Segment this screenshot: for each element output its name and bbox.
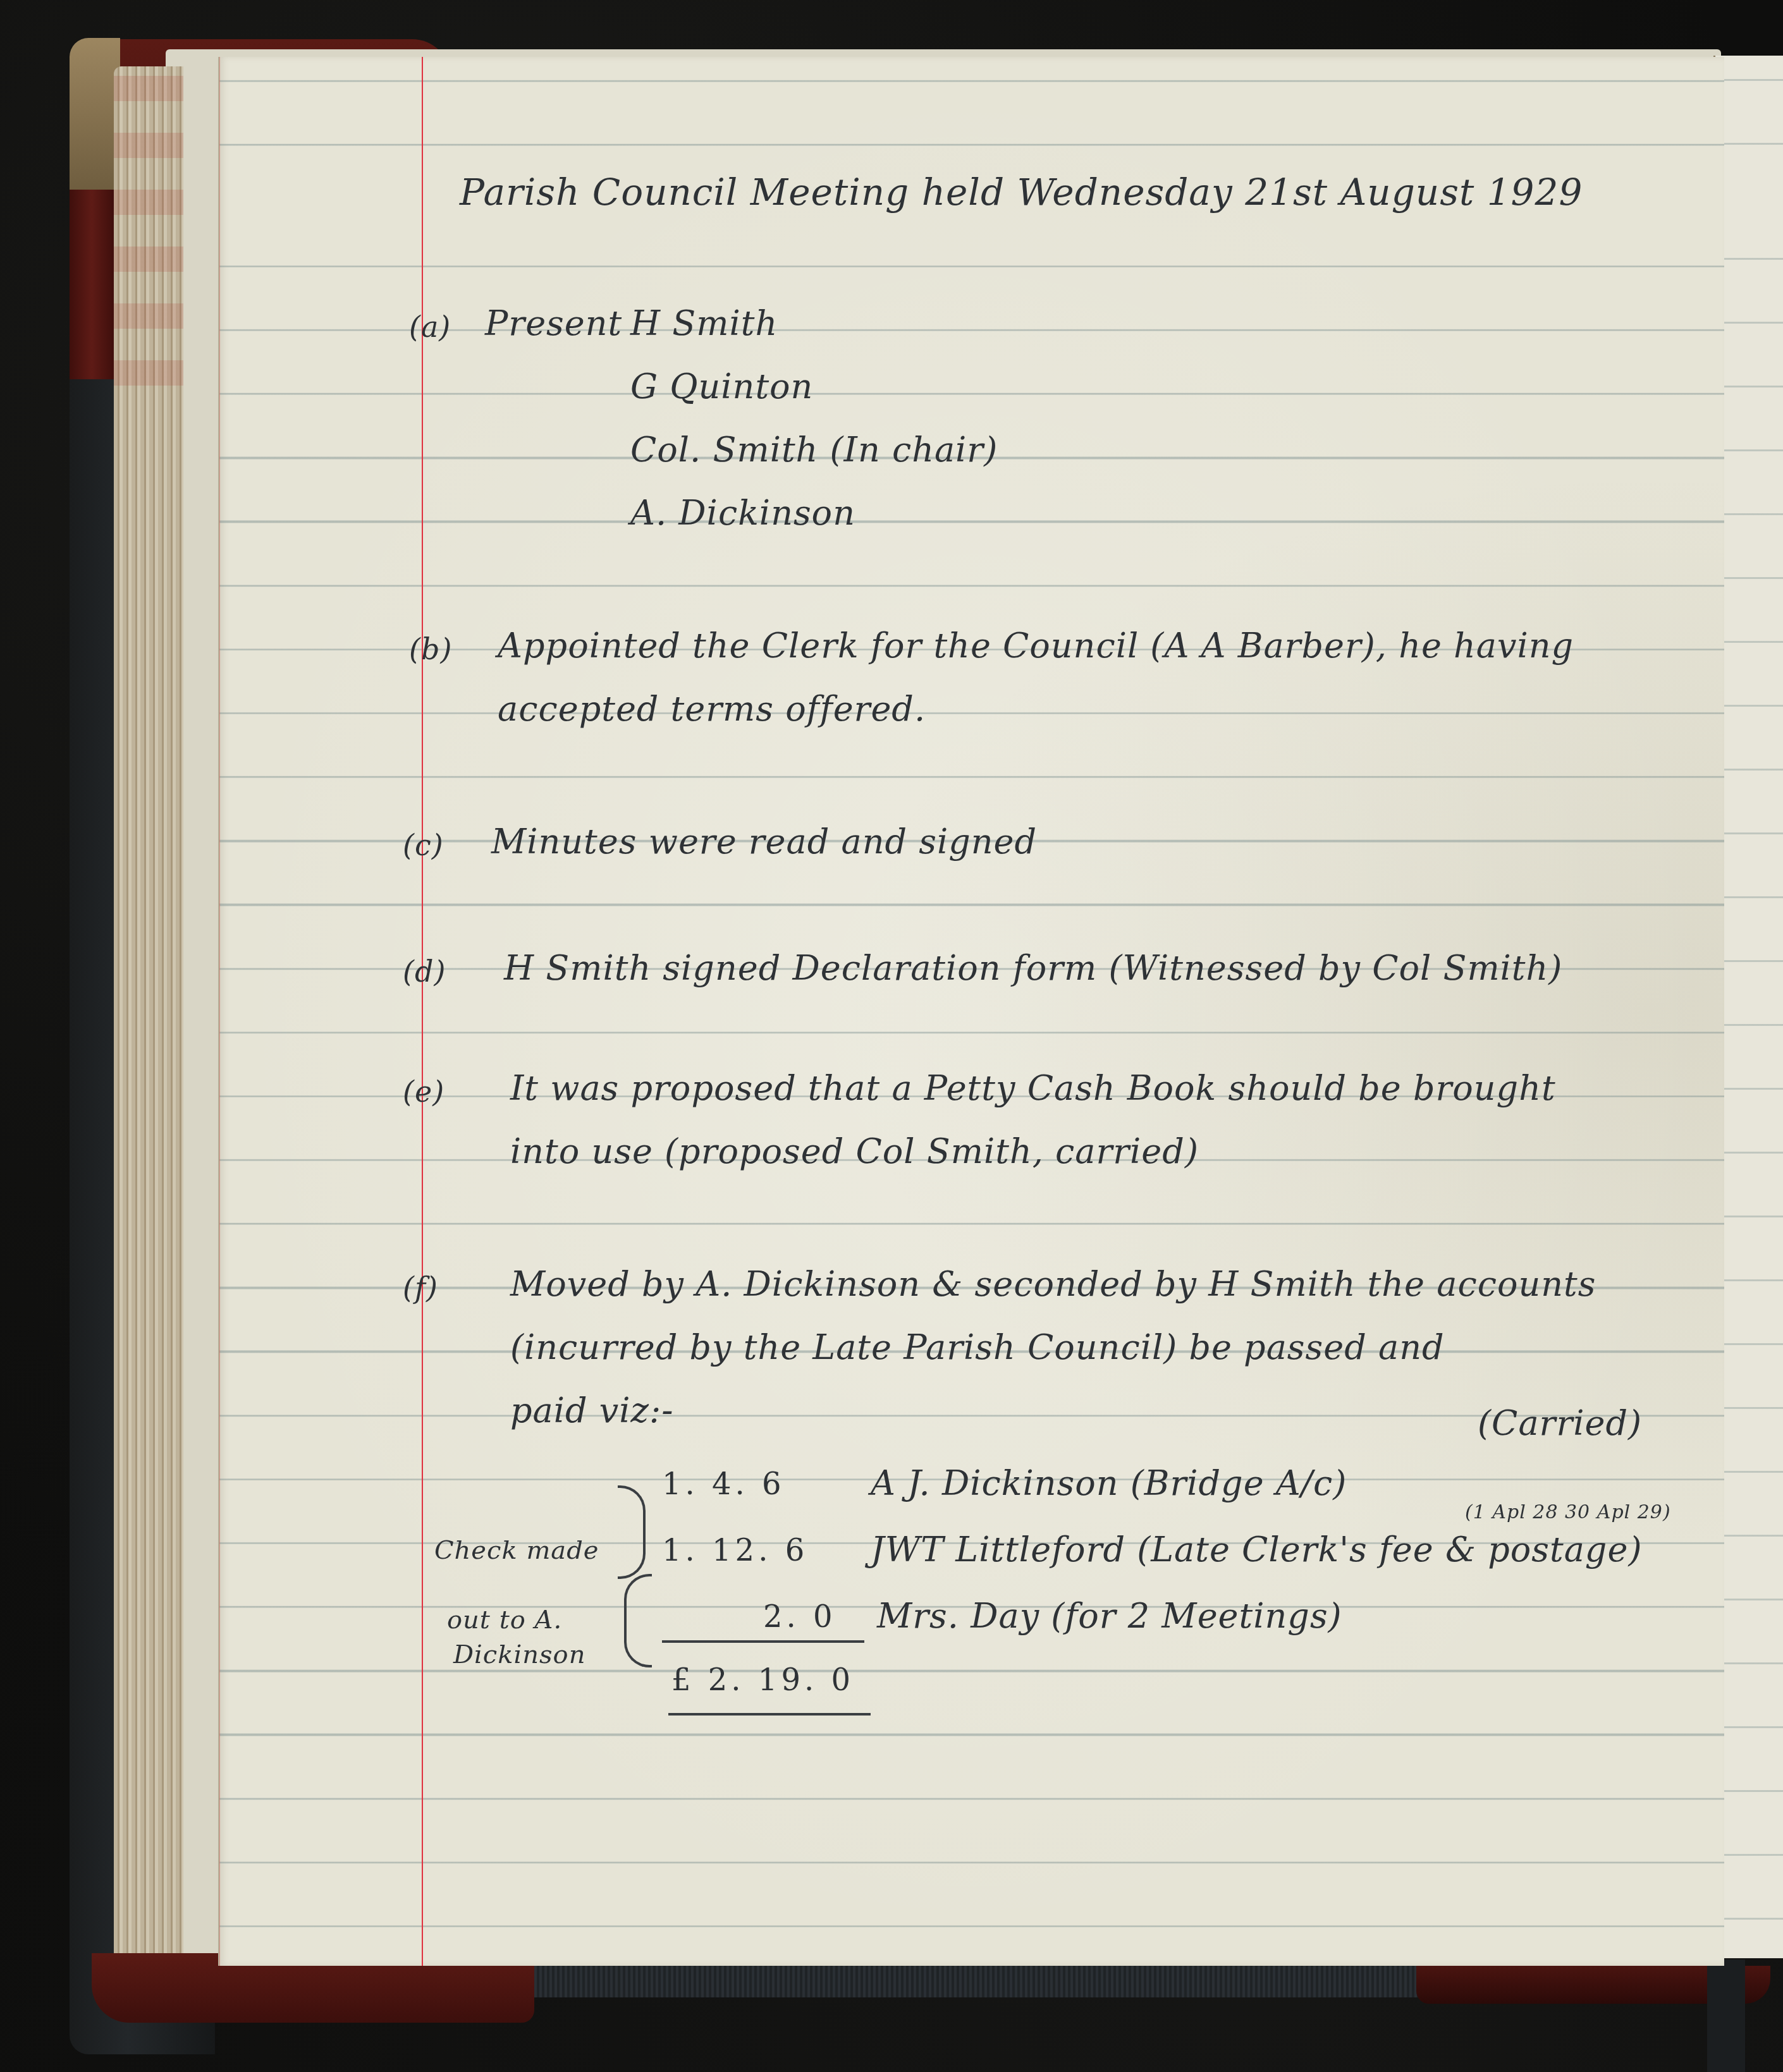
present-label: Present: [485, 303, 622, 343]
facing-page-rules: [1715, 56, 1783, 1958]
carried-status: (Carried): [1478, 1403, 1642, 1443]
item-marker-b: (b): [409, 632, 452, 666]
fee-period-note: (1 Apl 28 30 Apl 29): [1465, 1501, 1671, 1523]
minute-text: into use (proposed Col Smith, carried): [510, 1131, 1199, 1171]
page-title: Parish Council Meeting held Wednesday 21…: [460, 171, 1583, 214]
item-marker-e: (e): [403, 1075, 444, 1109]
page-border-rule: [219, 57, 220, 1966]
item-marker-a: (a): [409, 310, 451, 344]
minute-text: (incurred by the Late Parish Council) be…: [510, 1327, 1445, 1367]
item-marker-c: (c): [403, 828, 444, 862]
payee: A J. Dickinson (Bridge A/c): [871, 1463, 1347, 1503]
minute-text: Appointed the Clerk for the Council (A A…: [498, 626, 1574, 666]
cheque-note: out to A.: [447, 1606, 562, 1635]
attendee: H Smith: [630, 303, 778, 343]
minute-text: accepted terms offered.: [498, 689, 926, 729]
amount: 1. 12. 6: [662, 1533, 808, 1568]
minute-text: Minutes were read and signed: [491, 822, 1037, 862]
book-cover-worn-corner: [70, 38, 120, 202]
page-stack-red-edging: [114, 76, 183, 392]
minute-text: It was proposed that a Petty Cash Book s…: [510, 1068, 1556, 1108]
brace-lower: [624, 1574, 652, 1667]
payee: Mrs. Day (for 2 Meetings): [877, 1596, 1342, 1636]
minute-text: paid viz:-: [510, 1391, 673, 1430]
amount: 2. 0: [763, 1599, 836, 1635]
attendee: A. Dickinson: [630, 493, 855, 533]
total-amount: £ 2. 19. 0: [671, 1662, 854, 1698]
cheque-note: Dickinson: [453, 1640, 585, 1669]
payee: JWT Littleford (Late Clerk's fee & posta…: [871, 1530, 1642, 1569]
brace-upper: [618, 1485, 646, 1579]
sum-rule: [662, 1640, 864, 1643]
minute-text: Moved by A. Dickinson & seconded by H Sm…: [510, 1264, 1596, 1304]
book-cover-leather-spine: [70, 190, 114, 379]
cheque-note: Check made: [434, 1536, 599, 1565]
total-rule: [668, 1713, 871, 1715]
book-cover-cloth-bottom: [534, 1966, 1483, 1997]
attendee: Col. Smith (In chair): [630, 430, 998, 470]
minute-text: H Smith signed Declaration form (Witness…: [504, 948, 1562, 988]
item-marker-f: (f): [403, 1271, 438, 1305]
amount: 1. 4. 6: [662, 1466, 785, 1502]
book-cover-right-strip: [1707, 1959, 1745, 2072]
minute-book-page: Parish Council Meeting held Wednesday 21…: [218, 57, 1724, 1966]
attendee: G Quinton: [630, 367, 813, 406]
item-marker-d: (d): [403, 954, 446, 989]
